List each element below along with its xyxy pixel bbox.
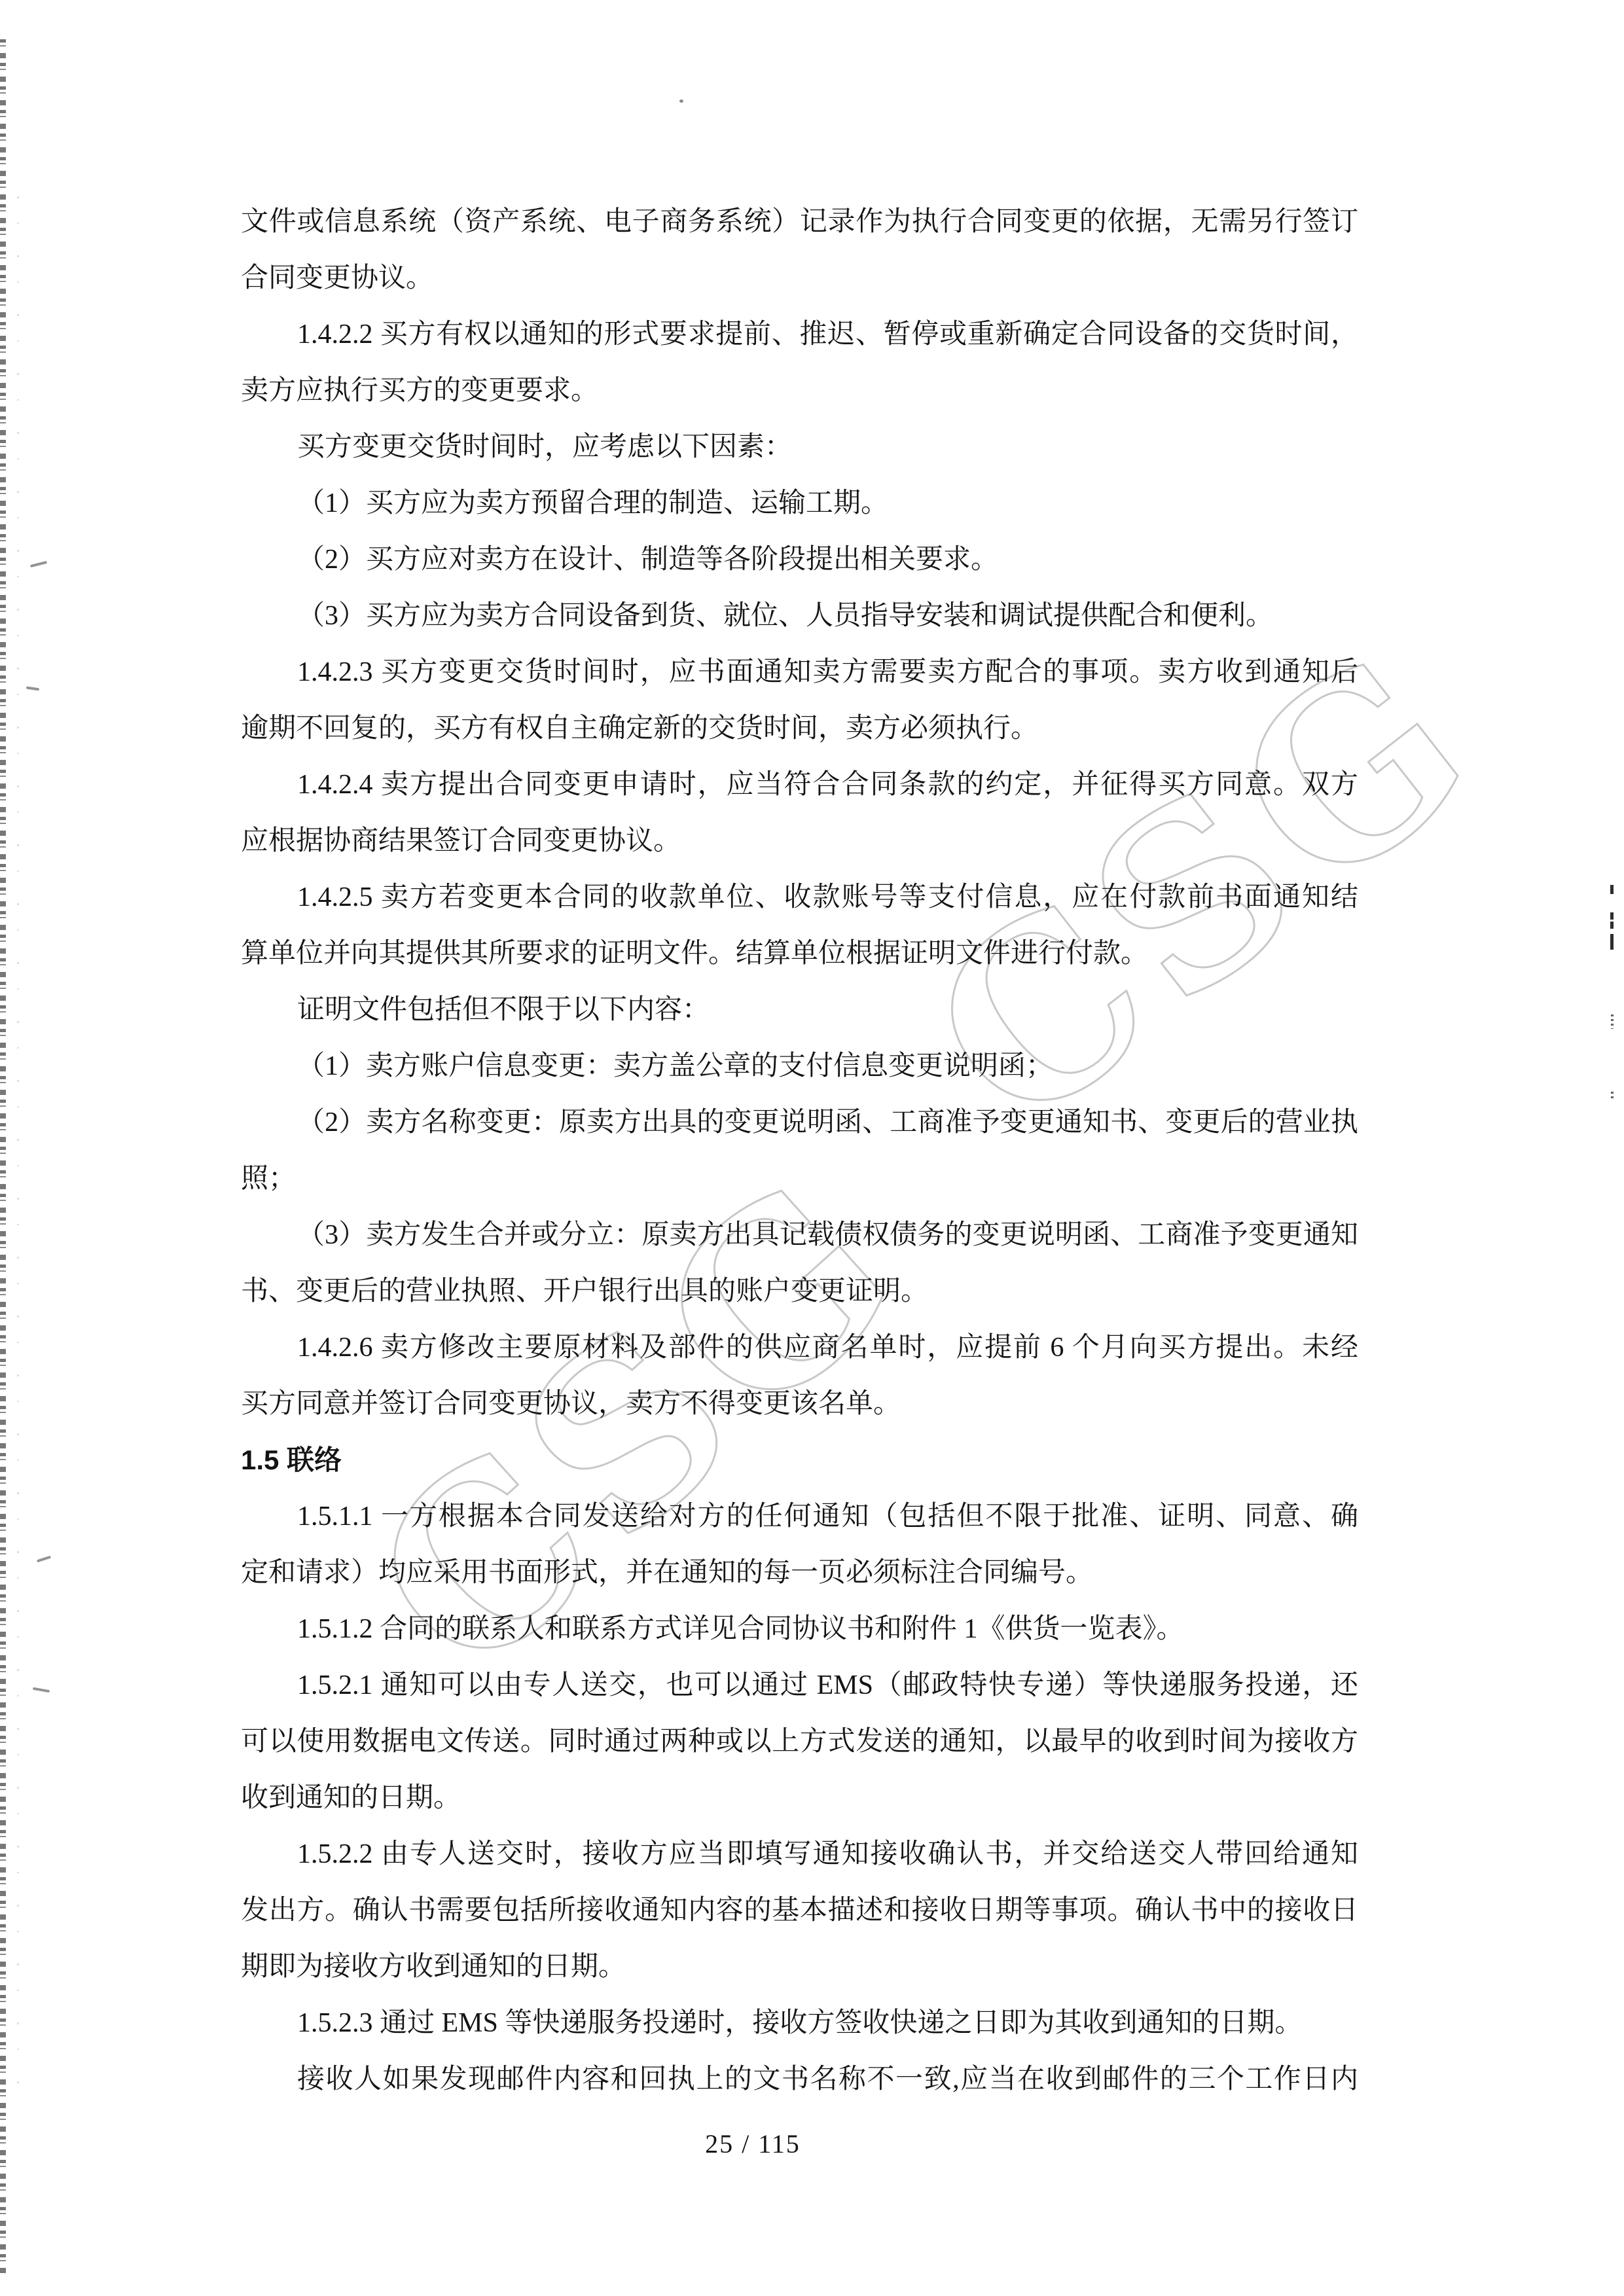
text-line: 书、变更后的营业执照、开户银行出具的账户变更证明。: [241, 1263, 1358, 1319]
text-line: 接收人如果发现邮件内容和回执上的文书名称不一致,应当在收到邮件的三个工作日内: [241, 2051, 1358, 2108]
text-line: 买方同意并签订合同变更协议，卖方不得变更该名单。: [241, 1376, 1358, 1432]
section-heading: 1.5 联络: [241, 1432, 1358, 1488]
text-line: （3）卖方发生合并或分立：原卖方出具记载债权债务的变更说明函、工商准予变更通知: [241, 1207, 1358, 1263]
text-line: 定和请求）均应采用书面形式，并在通知的每一页必须标注合同编号。: [241, 1545, 1358, 1601]
right-edge-dash: [1610, 922, 1614, 929]
text-line: 1.4.2.5 卖方若变更本合同的收款单位、收款账号等支付信息，应在付款前书面通…: [241, 869, 1358, 925]
text-line: 可以使用数据电文传送。同时通过两种或以上方式发送的通知，以最早的收到时间为接收方: [241, 1713, 1358, 1770]
text-line: 1.4.2.2 买方有权以通知的形式要求提前、推迟、暂停或重新确定合同设备的交货…: [241, 306, 1358, 363]
text-line: 1.5.1.1 一方根据本合同发送给对方的任何通知（包括但不限于批准、证明、同意…: [241, 1488, 1358, 1545]
text-line: 合同变更协议。: [241, 250, 1358, 306]
scanned-contract-page: CSG CSG 文件或信息系统（资产系统、电子商务系统）记录作为执行合同变更的依…: [0, 0, 1624, 2296]
text-line: 1.4.2.4 卖方提出合同变更申请时，应当符合合同条款的约定，并征得买方同意。…: [241, 757, 1358, 813]
text-line: 逾期不回复的，买方有权自主确定新的交货时间，卖方必须执行。: [241, 700, 1358, 757]
contract-body-text: 文件或信息系统（资产系统、电子商务系统）记录作为执行合同变更的依据，无需另行签订…: [241, 194, 1358, 2108]
text-line: 1.5.2.2 由专人送交时，接收方应当即填写通知接收确认书，并交给送交人带回给…: [241, 1826, 1358, 1882]
right-edge-dash: [1610, 885, 1614, 894]
text-line: 应根据协商结果签订合同变更协议。: [241, 813, 1358, 869]
text-line: 照；: [241, 1151, 1358, 1207]
margin-stray-mark: [37, 1556, 51, 1563]
text-line: 卖方应执行买方的变更要求。: [241, 363, 1358, 419]
text-line: 期即为接收方收到通知的日期。: [241, 1939, 1358, 1995]
text-line: （1）买方应为卖方预留合理的制造、运输工期。: [241, 475, 1358, 531]
text-line: （2）买方应对卖方在设计、制造等各阶段提出相关要求。: [241, 531, 1358, 588]
page-number: 25 / 115: [705, 2128, 801, 2159]
text-line: （2）卖方名称变更：原卖方出具的变更说明函、工商准予变更通知书、变更后的营业执: [241, 1094, 1358, 1151]
right-edge-dash: [1610, 912, 1614, 920]
text-line: 1.4.2.6 卖方修改主要原材料及部件的供应商名单时，应提前 6 个月向买方提…: [241, 1319, 1358, 1376]
margin-stray-mark: [26, 687, 39, 691]
text-line: 算单位并向其提供其所要求的证明文件。结算单位根据证明文件进行付款。: [241, 925, 1358, 982]
right-edge-dash: [1610, 934, 1614, 950]
text-line: 1.4.2.3 买方变更交货时间时，应书面通知卖方需要卖方配合的事项。卖方收到通…: [241, 644, 1358, 700]
left-scan-edge-noise: [0, 39, 6, 2278]
text-line: 1.5.2.3 通过 EMS 等快递服务投递时，接收方签收快递之日即为其收到通知…: [241, 1995, 1358, 2051]
text-line: 发出方。确认书需要包括所接收通知内容的基本描述和接收日期等事项。确认书中的接收日: [241, 1882, 1358, 1939]
right-edge-dots: [1611, 1014, 1614, 1029]
text-line: 1.5.2.1 通知可以由专人送交，也可以通过 EMS（邮政特快专递）等快递服务…: [241, 1657, 1358, 1713]
text-line: （3）买方应为卖方合同设备到货、就位、人员指导安装和调试提供配合和便利。: [241, 588, 1358, 644]
text-line: 文件或信息系统（资产系统、电子商务系统）记录作为执行合同变更的依据，无需另行签订: [241, 194, 1358, 250]
text-line: 1.5.1.2 合同的联系人和联系方式详见合同协议书和附件 1《供货一览表》。: [241, 1601, 1358, 1657]
scan-speck: [679, 99, 683, 103]
right-edge-dots: [1611, 1092, 1614, 1101]
left-scan-edge-noise-faint: [17, 196, 19, 2094]
margin-stray-mark: [30, 561, 47, 567]
text-line: 证明文件包括但不限于以下内容：: [241, 982, 1358, 1038]
text-line: 买方变更交货时间时，应考虑以下因素：: [241, 419, 1358, 475]
text-line: 收到通知的日期。: [241, 1770, 1358, 1826]
margin-stray-mark: [33, 1687, 50, 1693]
text-line: （1）卖方账户信息变更：卖方盖公章的支付信息变更说明函；: [241, 1038, 1358, 1094]
